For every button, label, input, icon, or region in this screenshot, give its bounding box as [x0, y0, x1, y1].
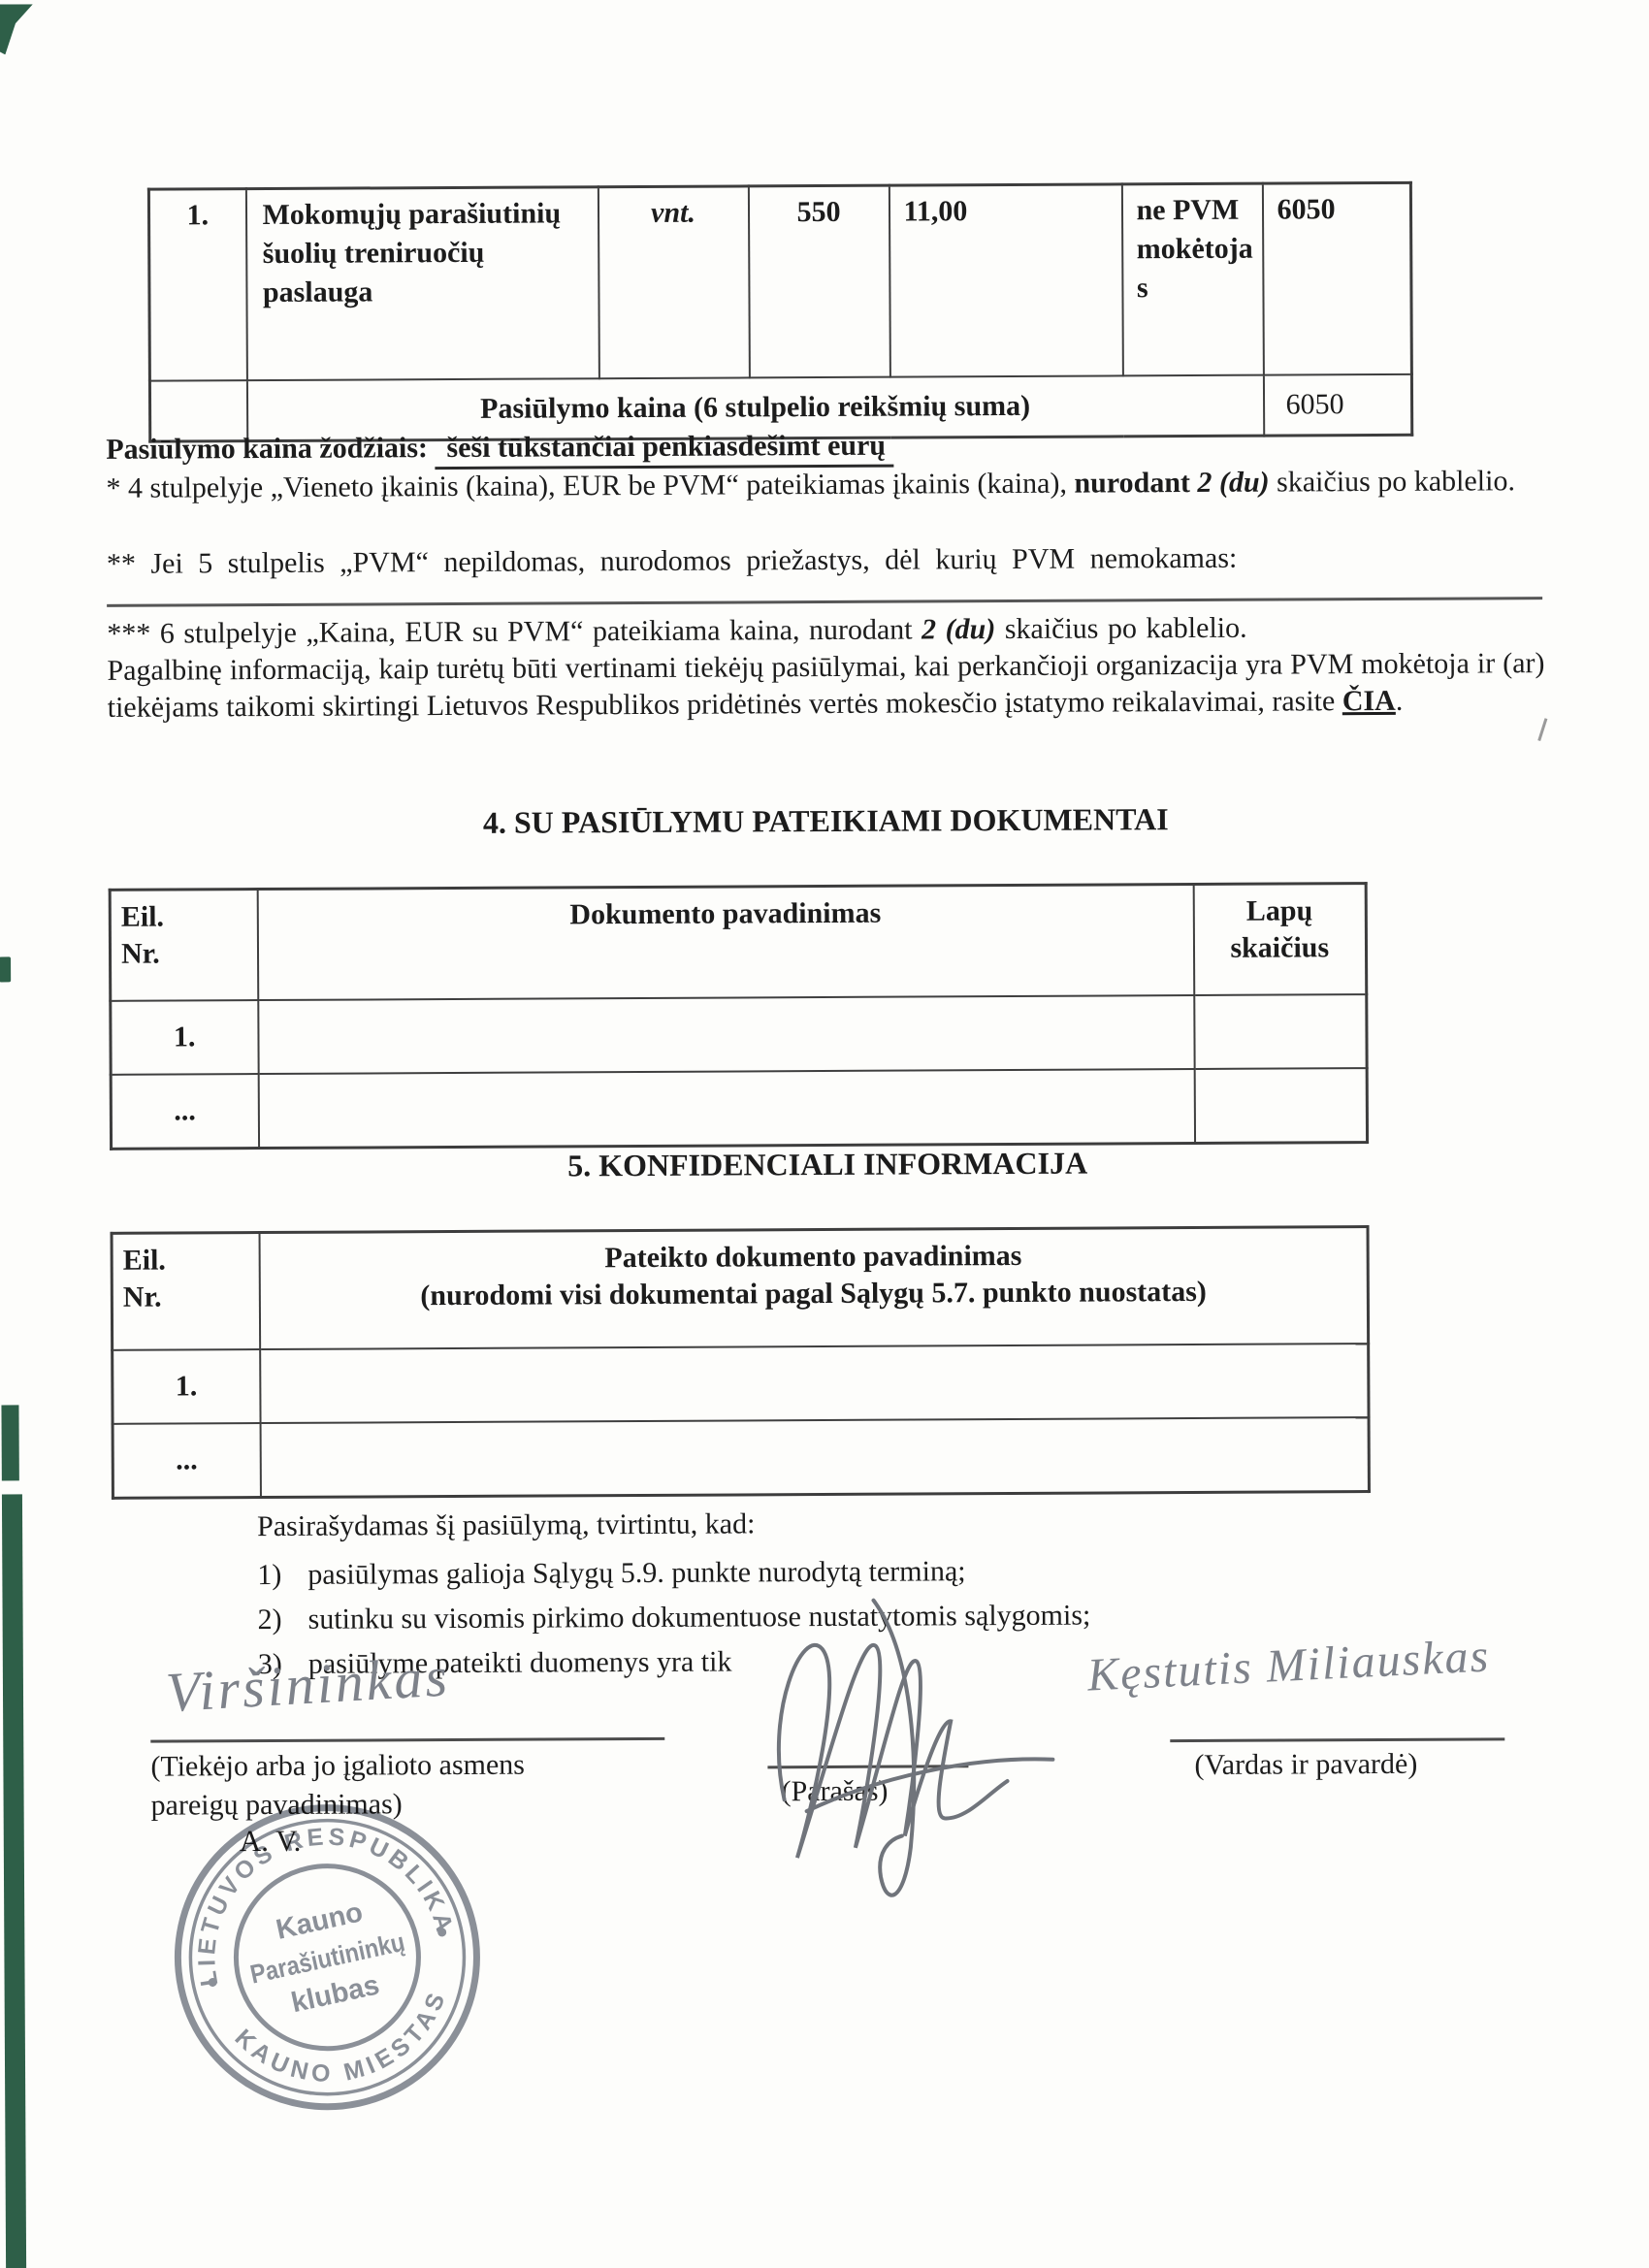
table5-header-document-name: Pateikto dokumento pavadinimas (nurodomi…	[259, 1227, 1369, 1349]
confidential-information-table: Eil. Nr. Pateikto dokumento pavadinimas …	[111, 1225, 1371, 1500]
footnote-column4-tail: skaičius po kablelio.	[1270, 465, 1515, 498]
table4-header-nr: Nr.	[121, 935, 247, 973]
submitted-documents-table: Eil. Nr. Dokumento pavadinimas Lapų skai…	[109, 882, 1369, 1150]
vat-help-text: Pagalbinę informaciją, kaip turėtų būti …	[107, 647, 1544, 724]
offer-row-number: 1.	[148, 189, 246, 381]
table5-row2-number: ...	[113, 1423, 260, 1498]
table4-header-document-name: Dokumento pavadinimas	[257, 885, 1194, 1001]
footnote-column4-text: * 4 stulpelyje „Vieneto įkainis (kaina),…	[106, 468, 1074, 504]
scanned-offer-document-page: 1. Mokomųjų parašiutinių šuolių treniruo…	[0, 0, 1649, 2268]
handwritten-position-title: Viršininkas	[164, 1643, 451, 1725]
name-caption: (Vardas ir pavardė)	[1194, 1746, 1417, 1784]
footnote-column4-bold: nurodant	[1074, 467, 1190, 500]
footnote-column6-text: *** 6 stulpelyje „Kaina, EUR su PVM“ pat…	[107, 613, 921, 649]
footnote-column4-bold-italic: 2 (du)	[1190, 467, 1270, 499]
horizontal-rule	[107, 597, 1542, 607]
declaration-item-2-number: 2)	[258, 1600, 308, 1640]
price-in-words-value: šeši tūkstančiai penkiasdešimt eurų	[435, 430, 893, 470]
scan-artifact-speck	[1537, 718, 1547, 741]
table5-header-eil-nr: Eil. Nr.	[112, 1233, 260, 1350]
price-in-words: Pasiūlymo kaina žodžiais: šeši tūkstanči…	[106, 424, 1543, 469]
document-content: 1. Mokomųjų parašiutinių šuolių treniruo…	[0, 0, 1649, 2268]
offer-row-quantity: 550	[748, 185, 889, 377]
handwritten-signature	[710, 1556, 1081, 1917]
table4-header-page-count: Lapų skaičius	[1193, 884, 1367, 995]
table4-header-skaicius: skaičius	[1204, 929, 1355, 967]
offer-table-row: 1. Mokomųjų parašiutinių šuolių treniruo…	[148, 182, 1411, 380]
scan-artifact-dot	[0, 956, 11, 982]
footnote-column4: * 4 stulpelyje „Vieneto įkainis (kaina),…	[106, 463, 1543, 507]
empty-cell	[258, 1069, 1194, 1149]
table5-header-line2: (nurodomi visi dokumentai pagal Sąlygų 5…	[270, 1273, 1357, 1315]
empty-cell	[260, 1344, 1369, 1423]
offer-row-unit-price: 11,00	[889, 184, 1122, 377]
signature-descender	[874, 1601, 915, 1895]
empty-cell	[260, 1417, 1369, 1497]
cia-link-text: ČIA	[1342, 685, 1396, 717]
footnote-column5: ** Jei 5 stulpelis „PVM“ nepildomas, nur…	[107, 538, 1544, 583]
scan-artifact-strip-bottom	[2, 1494, 26, 2268]
handwritten-name: Kęstutis Miliauskas	[1086, 1629, 1492, 1701]
table5-header-line1: Pateikto dokumento pavadinimas	[270, 1236, 1357, 1279]
offer-price-table: 1. Mokomųjų parašiutinių šuolių treniruo…	[147, 181, 1413, 443]
section5-title: 5. KONFIDENCIALI INFORMACIJA	[110, 1143, 1545, 1186]
table4-header-lapu: Lapų	[1204, 892, 1355, 930]
scan-artifact-strip-top	[1, 1405, 18, 1480]
table5-row1-number: 1.	[113, 1349, 260, 1424]
footnote-column6-bold-italic: 2 (du)	[921, 613, 995, 645]
table5-header-eil: Eil.	[123, 1242, 249, 1280]
offer-row-vat-note: ne PVM mokėtojas	[1121, 183, 1263, 375]
position-caption-line1: (Tiekėjo arba jo įgalioto asmens	[150, 1746, 525, 1787]
name-signature-line	[1170, 1737, 1504, 1742]
table5-header-row: Eil. Nr. Pateikto dokumento pavadinimas …	[112, 1227, 1369, 1350]
table4-row-1: 1.	[111, 994, 1367, 1075]
table5-row-2: ...	[113, 1417, 1369, 1498]
table4-header-eil-nr: Eil. Nr.	[110, 890, 258, 1001]
table4-row-2: ...	[111, 1068, 1367, 1149]
signature-swash	[806, 1759, 1052, 1811]
table4-header-row: Eil. Nr. Dokumento pavadinimas Lapų skai…	[110, 884, 1367, 1001]
table5-header-nr: Nr.	[123, 1279, 249, 1316]
offer-row-unit: vnt.	[598, 186, 749, 378]
round-stamp: LIETUVOS RESPUBLIKA KAUNO MIESTAS Kauno …	[167, 1797, 489, 2119]
offer-row-price-with-vat: 6050	[1262, 182, 1411, 374]
empty-cell	[1194, 994, 1367, 1069]
scan-artifact-corner	[0, 4, 33, 54]
table4-row2-number: ...	[111, 1074, 258, 1149]
position-signature-line	[150, 1737, 664, 1743]
table4-row1-number: 1.	[111, 1000, 258, 1075]
empty-cell	[258, 995, 1194, 1074]
declaration-intro: Pasirašydamas šį pasiūlymą, tvirtintu, k…	[257, 1505, 1090, 1545]
footnote-column6-tail: skaičius po kablelio.	[995, 612, 1246, 645]
offer-row-description: Mokomųjų parašiutinių šuolių treniruočių…	[245, 187, 598, 380]
table5-row-1: 1.	[113, 1344, 1369, 1424]
vat-help-paragraph: Pagalbinę informaciją, kaip turėtų būti …	[107, 645, 1544, 727]
signature-loops	[778, 1644, 1008, 1858]
empty-cell	[1194, 1068, 1367, 1143]
price-in-words-label: Pasiūlymo kaina žodžiais:	[106, 432, 428, 466]
section4-title: 4. SU PASIŪLYMU PATEIKIAMI DOKUMENTAI	[108, 799, 1543, 843]
table4-header-eil: Eil.	[121, 898, 247, 936]
vat-help-period: .	[1396, 685, 1404, 717]
declaration-item-1-number: 1)	[257, 1555, 307, 1596]
